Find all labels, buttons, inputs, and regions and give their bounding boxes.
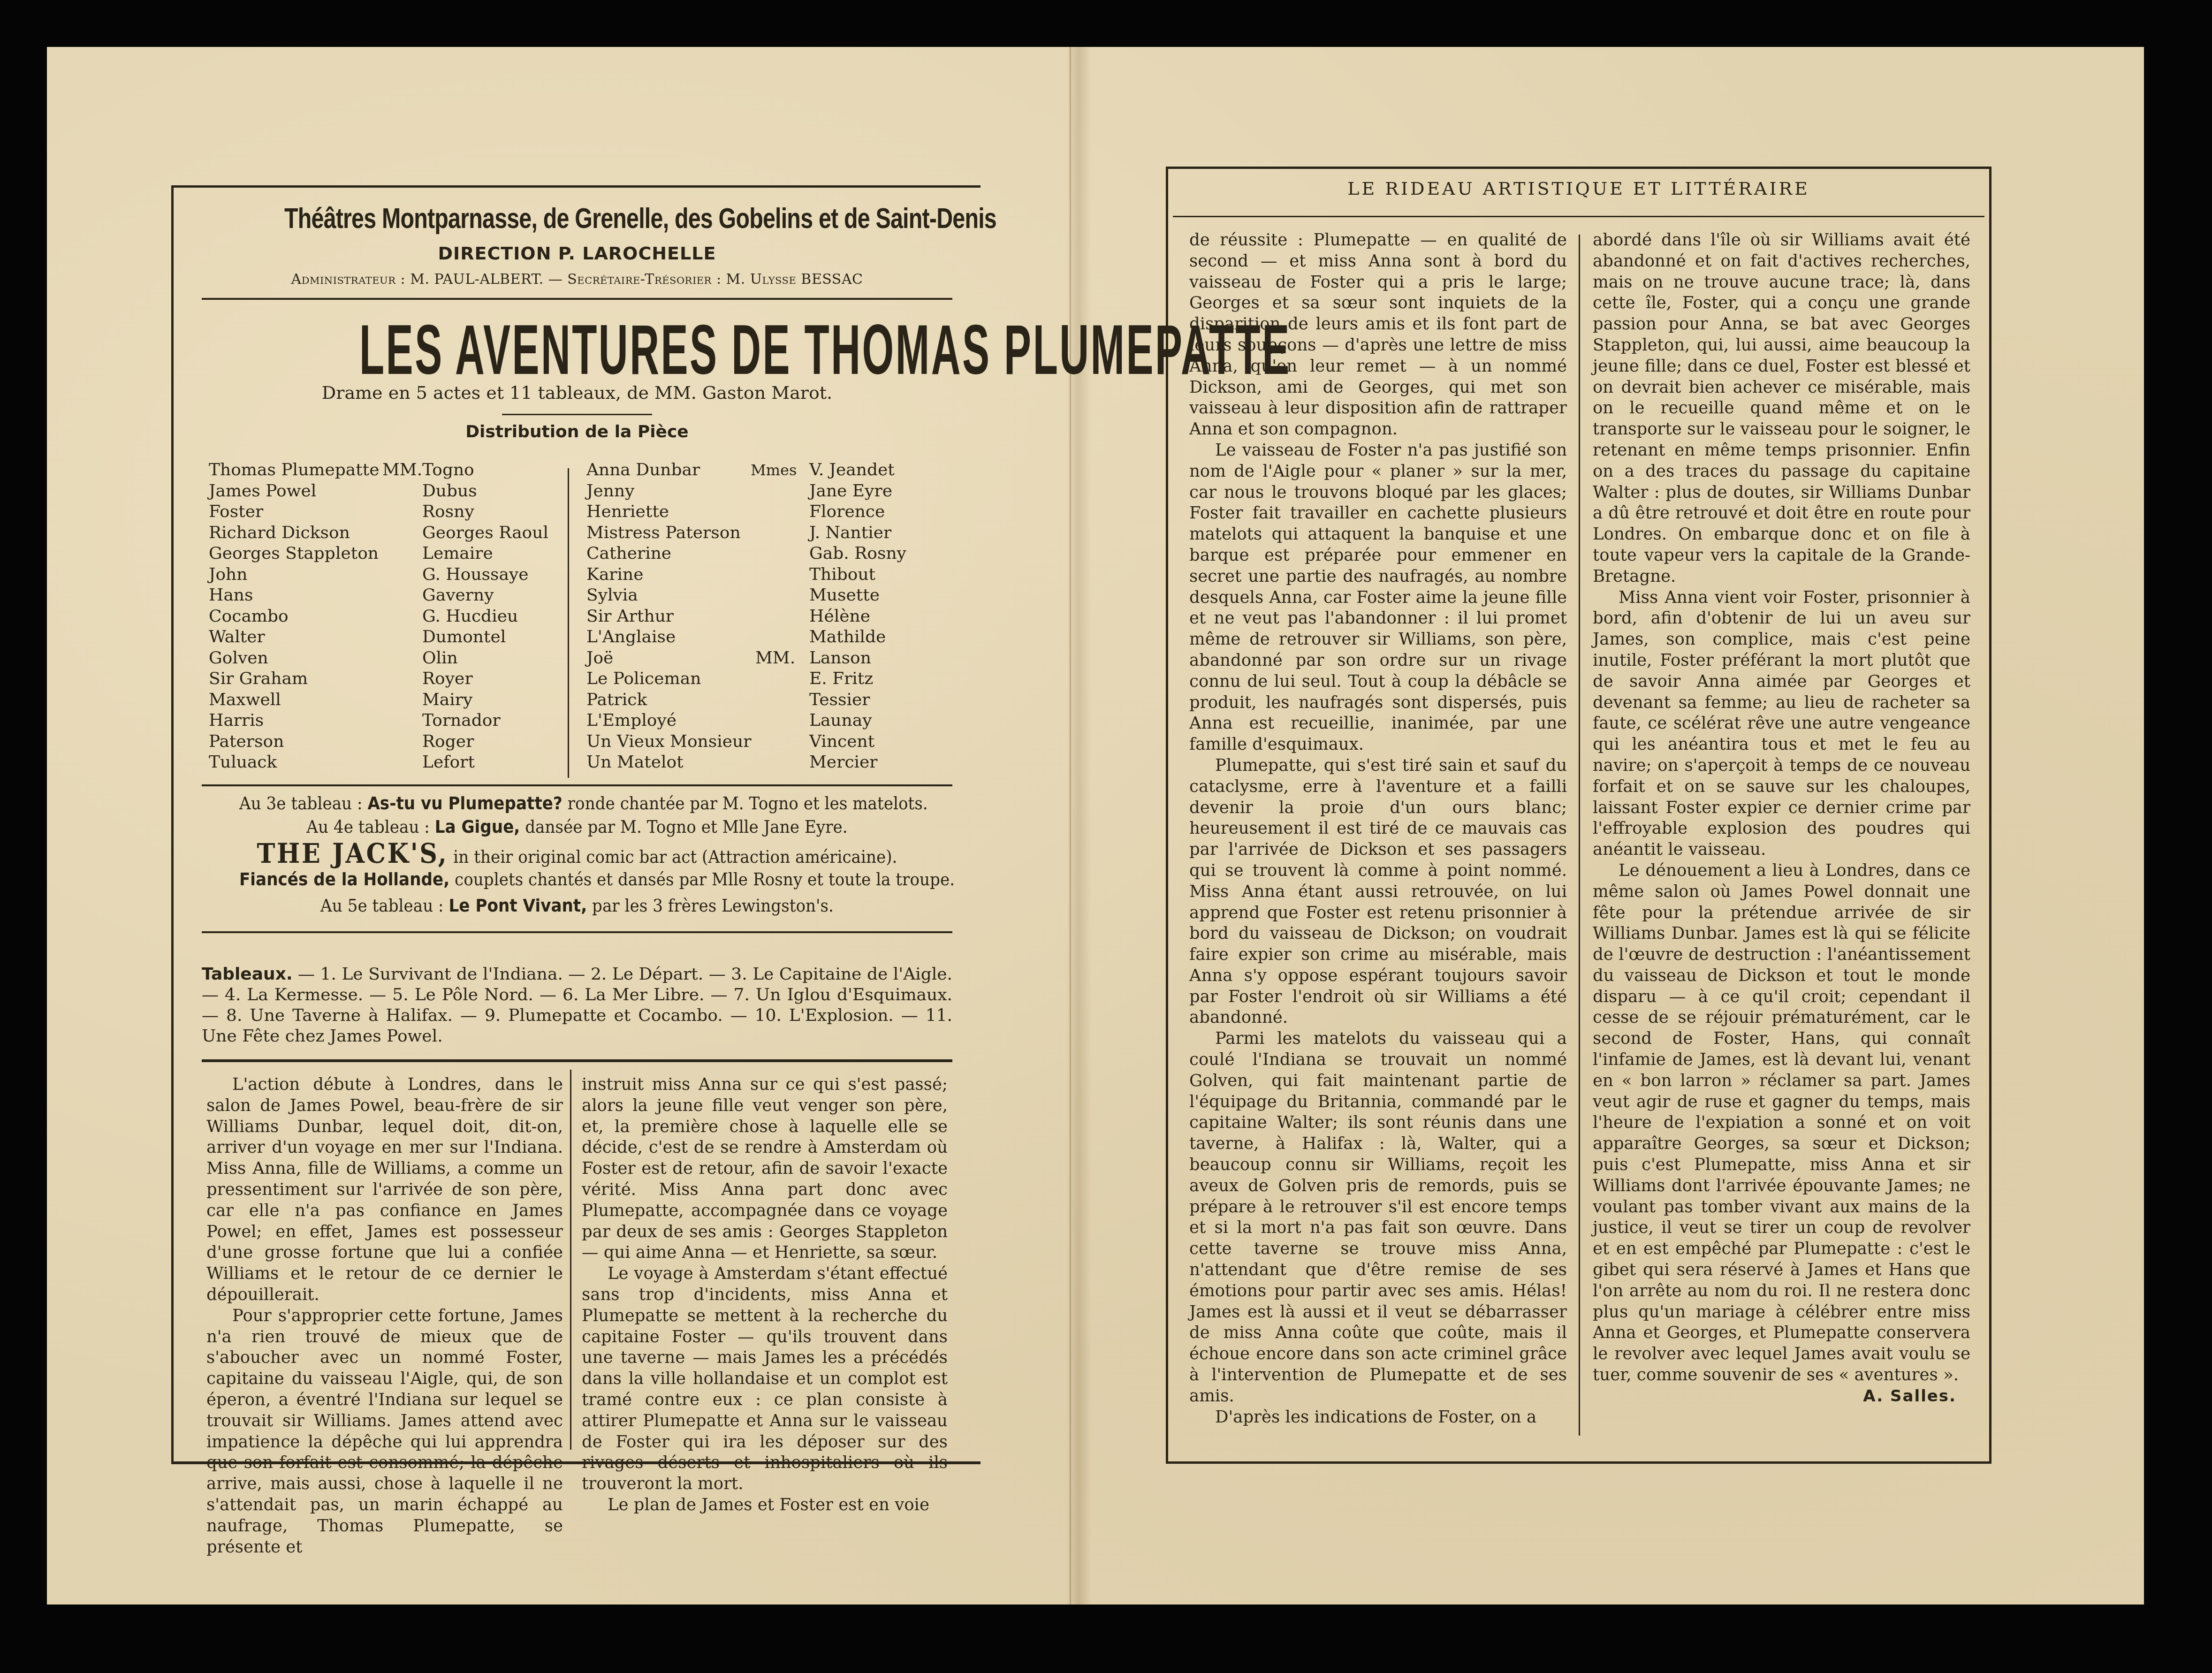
cast-row: Un MatelotMercier (586, 752, 952, 773)
cast-actor: Mairy (422, 690, 472, 711)
extra-line-4e-tableau: Au 4e tableau : La Gigue, dansée par M. … (239, 816, 915, 837)
cast-role: John (209, 564, 247, 586)
cast-role: Cocambo (209, 606, 289, 627)
tableaux-text: — 1. Le Survivant de l'Indiana. — 2. Le … (202, 965, 952, 1046)
extra-prefix: Au 4e tableau : (306, 816, 429, 837)
running-head-rule (1173, 216, 1984, 217)
cast-list-men: Thomas PlumepatteMM.Togno James PowelDub… (209, 460, 565, 773)
cast-actor: Mathilde (809, 627, 886, 648)
extra-line-fiances: Fiancés de la Hollande, couplets chantés… (239, 869, 915, 890)
cast-row: KarineThibout (586, 564, 952, 586)
running-head: LE RIDEAU ARTISTIQUE ET LITTÉRAIRE (1168, 178, 1989, 199)
cast-role: L'Employé (586, 710, 677, 731)
synopsis-column-1: L'action débute à Londres, dans le salon… (206, 1074, 563, 1558)
cast-actor: Musette (809, 585, 880, 606)
cast-role: Un Vieux Monsieur (586, 731, 752, 753)
cast-row: CocamboG. Hucdieu (209, 606, 565, 627)
extra-title: Fiancés de la Hollande, (239, 869, 449, 890)
paragraph: Le dénouement a lieu à Londres, dans ce … (1593, 860, 1970, 1386)
paragraph: Le voyage à Amsterdam s'étant effectué s… (582, 1263, 948, 1495)
cast-role: Sir Graham (209, 669, 308, 690)
cast-row: Sir ArthurHélène (586, 606, 952, 627)
cast-actor: Tornador (422, 710, 501, 731)
cast-actor: E. Fritz (809, 669, 873, 690)
paragraph: D'après les indications de Foster, on a (1189, 1407, 1567, 1428)
cast-role: Richard Dickson (209, 523, 350, 544)
cast-row: L'AnglaiseMathilde (586, 627, 952, 648)
cast-row: GolvenOlin (209, 648, 565, 669)
cast-actor: Gaverny (422, 585, 494, 606)
synopsis-column-3: de réussite : Plumepatte — en qualité de… (1189, 230, 1567, 1428)
cast-role: Anna Dunbar (586, 460, 700, 481)
cast-rule (202, 784, 952, 786)
cast-row: HansGaverny (209, 585, 565, 606)
extra-description: dansée par M. Togno et Mlle Jane Eyre. (525, 816, 847, 837)
cast-actor: Lefort (422, 752, 475, 773)
cast-row: Georges StappletonLemaire (209, 543, 565, 564)
cast-row: Mistress PatersonJ. Nantier (586, 523, 952, 544)
cast-actor: Rosny (422, 502, 474, 523)
cast-role: Georges Stappleton (209, 543, 379, 564)
cast-role: Thomas Plumepatte (209, 460, 380, 481)
paragraph: Le plan de James et Foster est en voie (582, 1495, 948, 1516)
extra-line-jacks: THE JACK'S, in their original comic bar … (239, 837, 915, 869)
cast-divider (568, 468, 569, 778)
cast-row: MaxwellMairy (209, 690, 565, 711)
cast-actor: Dumontel (422, 627, 506, 648)
cast-row: Thomas PlumepatteMM.Togno (209, 460, 565, 481)
cast-actor: V. Jeandet (809, 460, 895, 481)
cast-actor: Tessier (809, 690, 870, 711)
cast-actor: Roger (422, 731, 474, 753)
cast-prefix: MM. (382, 460, 422, 481)
paragraph: de réussite : Plumepatte — en qualité de… (1189, 230, 1567, 440)
cast-role: Foster (209, 502, 263, 523)
cast-role: Tuluack (209, 752, 277, 773)
extra-title: As-tu vu Plumepatte? (367, 793, 562, 814)
cast-actor: G. Houssaye (422, 564, 529, 586)
paragraph: Pour s'approprier cette fortune, James n… (206, 1306, 563, 1558)
column-divider (570, 1070, 571, 1450)
extras-rule (202, 931, 952, 933)
paragraph: Le vaisseau de Foster n'a pas justifié s… (1189, 440, 1567, 755)
extra-description: in their original comic bar act (Attract… (453, 846, 897, 867)
author-signature: A. Salles. (1593, 1386, 1970, 1407)
cast-role: Mistress Paterson (586, 523, 741, 544)
paragraph: L'action débute à Londres, dans le salon… (206, 1074, 563, 1306)
cast-row: Un Vieux MonsieurVincent (586, 731, 952, 753)
extra-prefix: Au 5e tableau : (320, 895, 443, 916)
cast-actor: Gab. Rosny (809, 543, 906, 564)
cast-role: James Powel (209, 481, 316, 502)
cast-role: Le Policeman (586, 669, 701, 690)
theatres-header: Théâtres Montparnasse, de Grenelle, des … (284, 202, 870, 235)
cast-row: SylviaMusette (586, 585, 952, 606)
cast-role: Jenny (586, 481, 634, 502)
cast-row: James PowelDubus (209, 481, 565, 502)
title-rule (502, 414, 652, 415)
direction-line: DIRECTION P. LAROCHELLE (202, 243, 952, 264)
tableaux-label: Tableaux. (202, 965, 293, 984)
left-page: Théâtres Montparnasse, de Grenelle, des … (171, 185, 981, 1464)
cast-actor: Lemaire (422, 543, 493, 564)
cast-row: FosterRosny (209, 502, 565, 523)
cast-role: Walter (209, 627, 265, 648)
cast-row: CatherineGab. Rosny (586, 543, 952, 564)
cast-row: PatersonRoger (209, 731, 565, 753)
cast-actor: Vincent (809, 731, 874, 753)
play-subtitle: Drame en 5 actes et 11 tableaux, de MM. … (202, 382, 952, 403)
paragraph: Miss Anna vient voir Foster, prisonnier … (1593, 587, 1970, 860)
cast-role: Sir Arthur (586, 606, 674, 627)
extra-description: par les 3 frères Lewingston's. (592, 895, 834, 916)
cast-role: Harris (209, 710, 264, 731)
cast-actor: Olin (422, 648, 458, 669)
cast-role: Catherine (586, 543, 671, 564)
extra-description: couplets chantés et dansés par Mlle Rosn… (455, 869, 955, 890)
extra-title: Le Pont Vivant, (448, 895, 587, 916)
cast-role: Hans (209, 585, 253, 606)
cast-actor: Royer (422, 669, 473, 690)
cast-actor: Thibout (809, 564, 875, 586)
paragraph: Plumepatte, qui s'est tiré sain et sauf … (1189, 755, 1567, 1028)
tableaux-rule (202, 1059, 952, 1062)
cast-row: WalterDumontel (209, 627, 565, 648)
cast-role: Henriette (586, 502, 669, 523)
play-title: LES AVENTURES DE THOMAS PLUMEPATTE (359, 314, 795, 385)
cast-row: JohnG. Houssaye (209, 564, 565, 586)
center-fold (1070, 47, 1071, 1605)
cast-actor: Florence (809, 502, 885, 523)
cast-row: JennyJane Eyre (586, 481, 952, 502)
cast-row: Le PolicemanE. Fritz (586, 669, 952, 690)
extra-prefix: Au 3e tableau : (239, 793, 362, 814)
cast-role: Joë (586, 648, 613, 669)
cast-actor: Lanson (809, 648, 871, 669)
cast-row: TuluackLefort (209, 752, 565, 773)
extra-line-3e-tableau: Au 3e tableau : As-tu vu Plumepatte? ron… (239, 793, 915, 814)
cast-role: Maxwell (209, 690, 281, 711)
cast-row: HarrisTornador (209, 710, 565, 731)
extra-title: La Gigue, (435, 816, 520, 837)
synopsis-column-2: instruit miss Anna sur ce qui s'est pass… (582, 1074, 948, 1516)
extra-title: THE JACK'S, (257, 837, 448, 869)
cast-prefix: Mmes (751, 460, 797, 481)
cast-role: Patrick (586, 690, 647, 711)
paragraph: instruit miss Anna sur ce qui s'est pass… (582, 1074, 948, 1263)
cast-actor: Togno (422, 460, 474, 481)
tableaux-list: Tableaux. — 1. Le Survivant de l'Indiana… (202, 964, 952, 1047)
cast-row: HenrietteFlorence (586, 502, 952, 523)
cast-role: Un Matelot (586, 752, 684, 773)
extra-line-5e-tableau: Au 5e tableau : Le Pont Vivant, par les … (239, 895, 915, 916)
cast-actor: Georges Raoul (422, 523, 548, 544)
cast-role: Sylvia (586, 585, 638, 606)
header-rule (202, 298, 952, 300)
cast-row: PatrickTessier (586, 690, 952, 711)
cast-row: JoëMM.Lanson (586, 648, 952, 669)
cast-prefix: MM. (755, 648, 795, 669)
cast-row: Richard DicksonGeorges Raoul (209, 523, 565, 544)
cast-actor: Launay (809, 710, 872, 731)
synopsis-column-4: abordé dans l'île où sir Williams avait … (1593, 230, 1970, 1407)
paragraph: Parmi les matelots du vaisseau qui a cou… (1189, 1028, 1567, 1407)
cast-role: Golven (209, 648, 268, 669)
cast-role: Paterson (209, 731, 284, 753)
column-divider (1579, 235, 1580, 1436)
cast-row: Anna DunbarMmesV. Jeandet (586, 460, 952, 481)
cast-actor: G. Hucdieu (422, 606, 518, 627)
right-page: LE RIDEAU ARTISTIQUE ET LITTÉRAIRE de ré… (1166, 167, 1992, 1464)
distribution-title: Distribution de la Pièce (202, 422, 952, 441)
administration-line: Administrateur : M. PAUL-ALBERT. — Secré… (202, 271, 952, 288)
cast-list-women: Anna DunbarMmesV. Jeandet JennyJane Eyre… (586, 460, 952, 773)
cast-actor: Jane Eyre (809, 481, 892, 502)
cast-actor: Mercier (809, 752, 878, 773)
extra-description: ronde chantée par M. Togno et les matelo… (568, 793, 928, 814)
cast-actor: J. Nantier (809, 523, 891, 544)
cast-actor: Hélène (809, 606, 870, 627)
cast-actor: Dubus (422, 481, 477, 502)
cast-role: L'Anglaise (586, 627, 676, 648)
cast-row: Sir GrahamRoyer (209, 669, 565, 690)
cast-row: L'EmployéLaunay (586, 710, 952, 731)
cast-role: Karine (586, 564, 644, 586)
paragraph: abordé dans l'île où sir Williams avait … (1593, 230, 1970, 587)
